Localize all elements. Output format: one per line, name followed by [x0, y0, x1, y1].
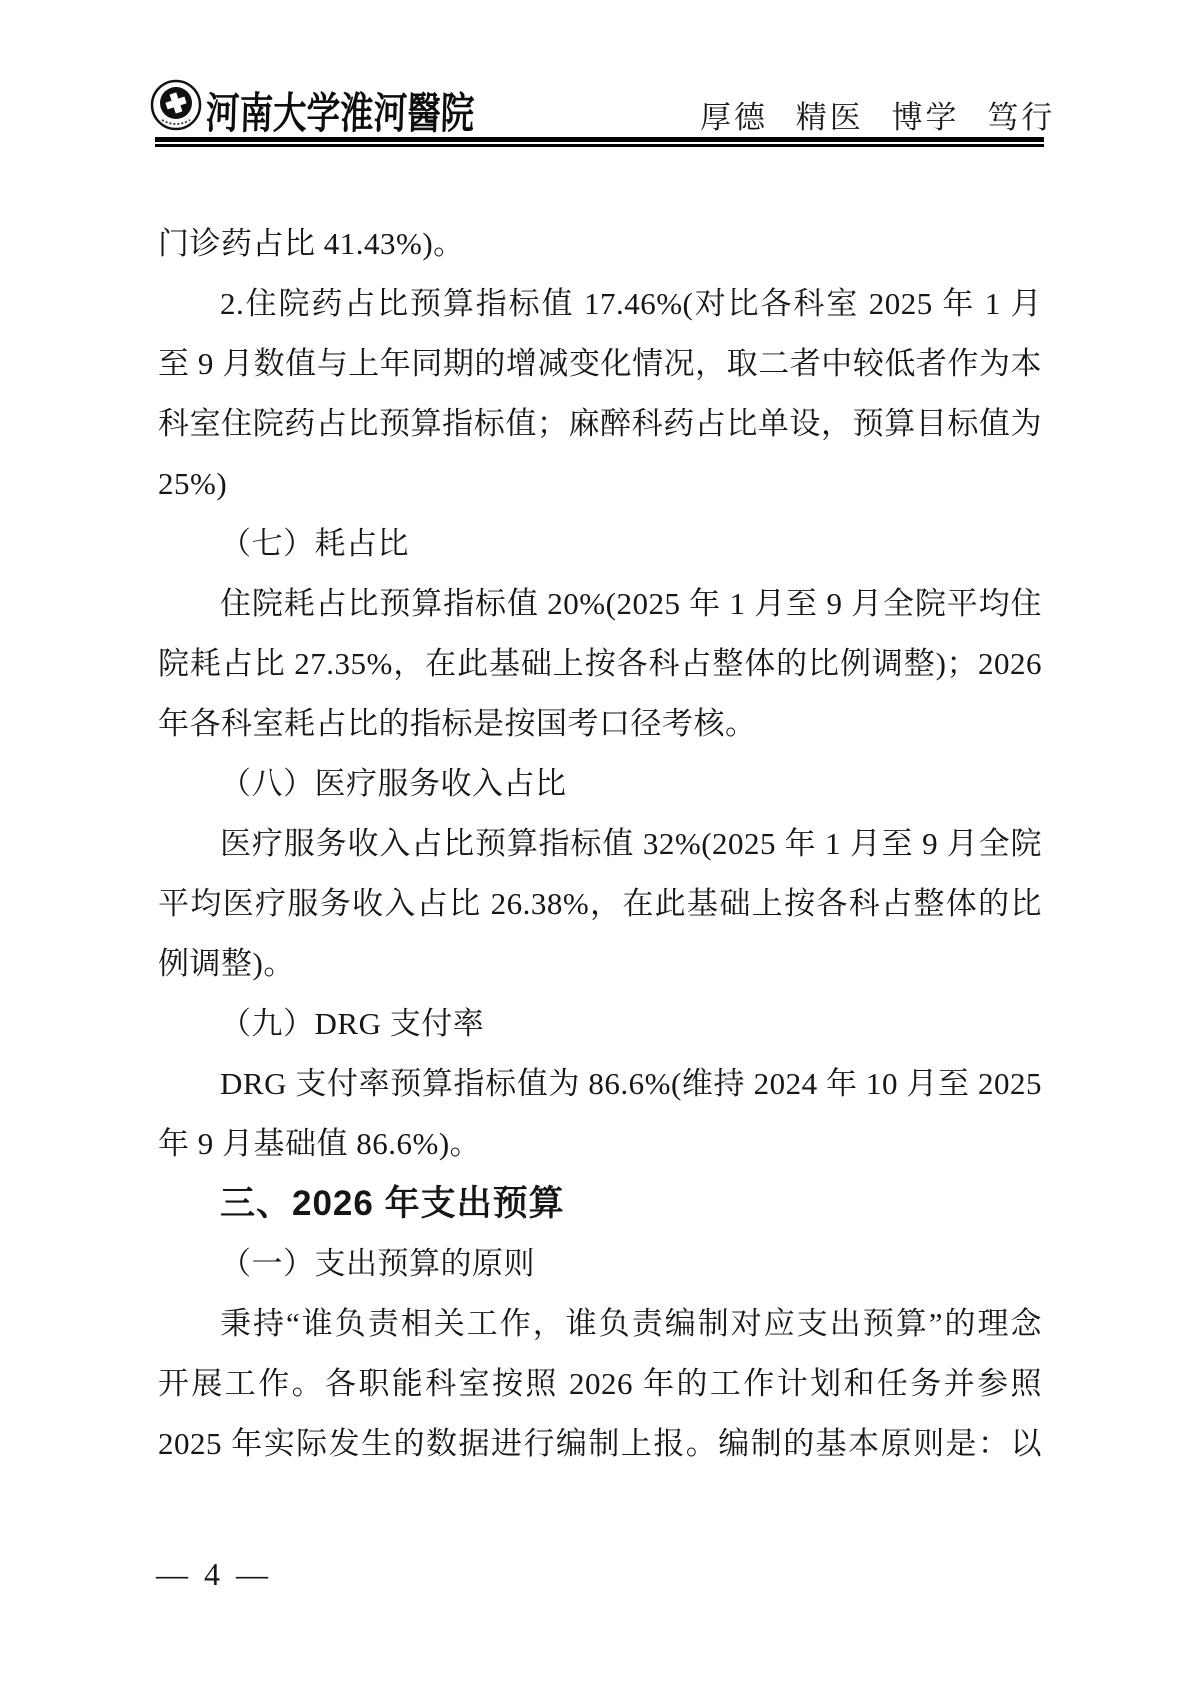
heading-3-2026-expenditure-budget: 三、2026 年支出预算	[158, 1174, 1042, 1234]
document-line: 2025 年实际发生的数据进行编制上报。编制的基本原则是：以	[158, 1414, 1042, 1474]
document-line: 年各科室耗占比的指标是按国考口径考核。	[158, 694, 1042, 754]
document-line: 医疗服务收入占比预算指标值 32%(2025 年 1 月至 9 月全院	[158, 814, 1042, 874]
document-line: 2.住院药占比预算指标值 17.46%(对比各科室 2025 年 1 月	[158, 274, 1042, 334]
heading-8-medical-service-income-ratio: （八）医疗服务收入占比	[158, 754, 1042, 814]
document-body: 门诊药占比 41.43%)。 2.住院药占比预算指标值 17.46%(对比各科室…	[158, 214, 1042, 1474]
document-line: 至 9 月数值与上年同期的增减变化情况，取二者中较低者作为本	[158, 334, 1042, 394]
document-line: DRG 支付率预算指标值为 86.6%(维持 2024 年 10 月至 2025	[158, 1054, 1042, 1114]
heading-1-expenditure-budget-principles: （一）支出预算的原则	[158, 1234, 1042, 1294]
emblem-arc-text	[162, 120, 190, 124]
document-line: 科室住院药占比预算指标值；麻醉科药占比单设，预算目标值为	[158, 394, 1042, 454]
hospital-logo	[150, 78, 202, 132]
document-line: 年 9 月基础值 86.6%)。	[158, 1114, 1042, 1174]
document-line: 门诊药占比 41.43%)。	[158, 214, 1042, 274]
hospital-motto: 厚德 精医 博学 笃行	[700, 92, 1048, 137]
page-number: — 4 —	[156, 1556, 272, 1593]
heading-9-drg-payment-rate: （九）DRG 支付率	[158, 994, 1042, 1054]
heading-7-consumables-ratio: （七）耗占比	[158, 514, 1042, 574]
document-line: 开展工作。各职能科室按照 2026 年的工作计划和任务并参照	[158, 1354, 1042, 1414]
document-line: 25%)	[158, 454, 1042, 514]
header-divider	[155, 137, 1044, 147]
hospital-name: 河南大学淮河醫院	[205, 80, 475, 141]
document-line: 院耗占比 27.35%，在此基础上按各科占整体的比例调整)；2026	[158, 634, 1042, 694]
document-line: 住院耗占比预算指标值 20%(2025 年 1 月至 9 月全院平均住	[158, 574, 1042, 634]
document-line: 秉持“谁负责相关工作，谁负责编制对应支出预算”的理念	[158, 1294, 1042, 1354]
document-line: 平均医疗服务收入占比 26.38%，在此基础上按各科占整体的比	[158, 874, 1042, 934]
document-page: 河南大学淮河醫院 厚德 精医 博学 笃行 门诊药占比 41.43%)。 2.住院…	[0, 0, 1190, 1683]
document-line: 例调整)。	[158, 934, 1042, 994]
